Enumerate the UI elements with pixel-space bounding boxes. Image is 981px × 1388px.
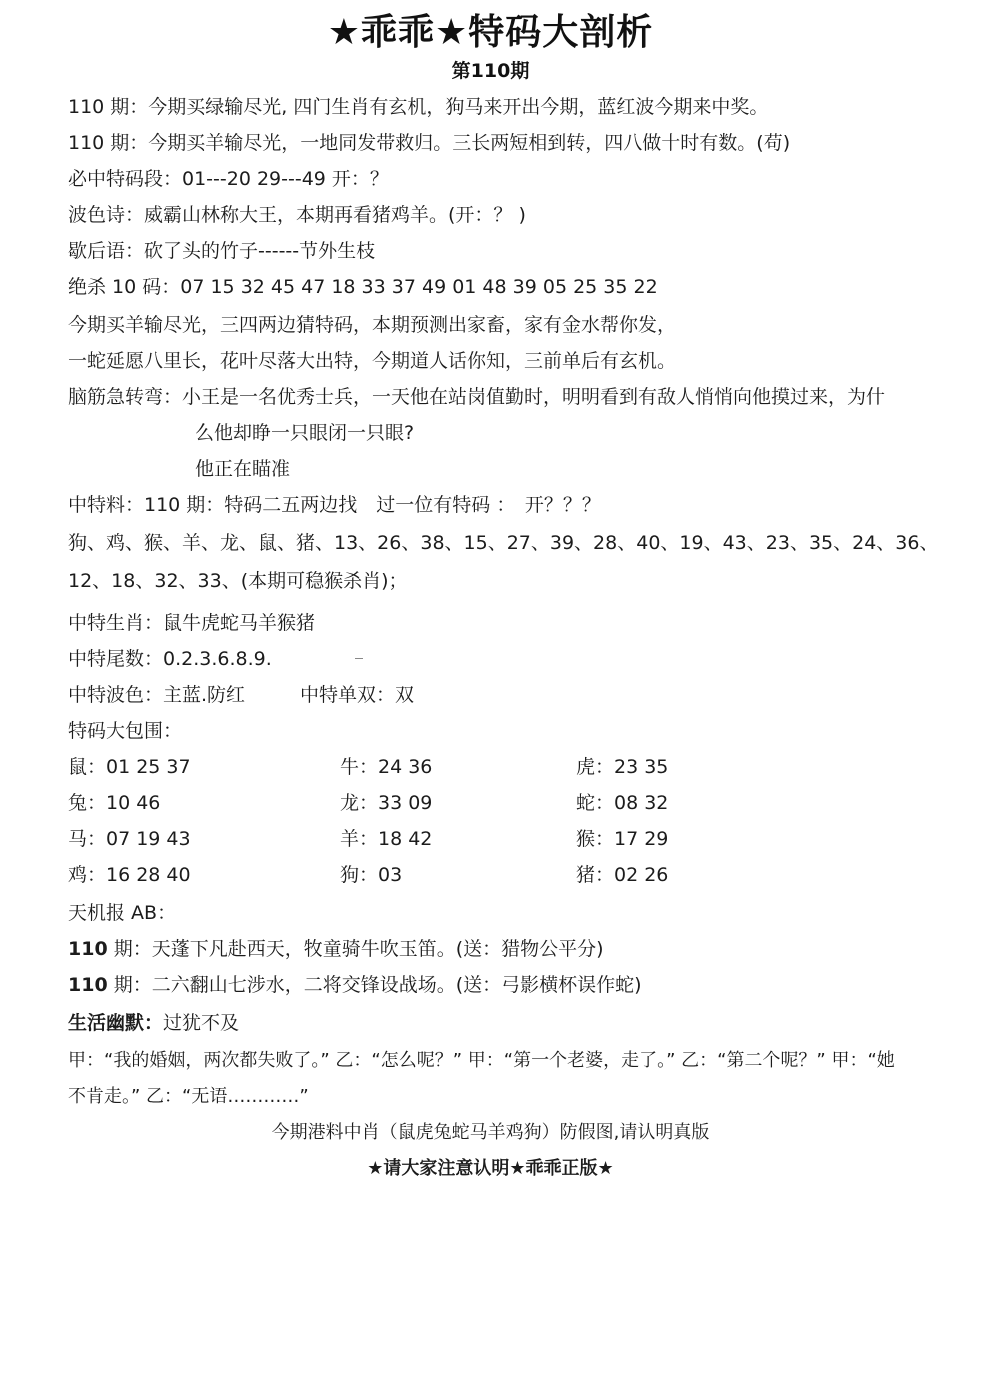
special-material: 中特料：110 期：特码二五两边找 过一位有特码 ： 开？？？ [68,490,601,517]
tianji-a-text: 期：天蓬下凡赴西天，牧童骑牛吹玉笛。(送：猎物公平分) [108,938,604,960]
scan-artifact [355,658,363,659]
wave-color-poem: 波色诗：威霸山林称大王，本期再看猪鸡羊。(开：？ ) [68,200,526,227]
tianji-b-text: 期：二六翻山七涉水，二将交锋设战场。(送：弓影横杯误作蛇) [108,974,642,996]
tianji-b-issue: 110 [68,974,108,996]
humor-title: 过犹不及 [163,1012,239,1034]
riddle-question: 脑筋急转弯：小王是一名优秀士兵，一天他在站岗值勤时，明明看到有敌人悄悄向他摸过来… [68,382,885,409]
kill-10-numbers: 绝杀 10 码：07 15 32 45 47 18 33 37 49 01 48… [68,272,658,299]
special-list-1: 狗、鸡、猴、羊、龙、鼠、猪、13、26、38、15、27、39、28、40、19… [68,528,938,555]
tianji-line-b: 110 期：二六翻山七涉水，二将交锋设战场。(送：弓影横杯误作蛇) [68,970,642,997]
special-wave-color: 中特波色：主蓝.防红 [68,680,245,707]
prediction-line-2: 110 期：今期买羊输尽光，一地同发带救归。三长两短相到转，四八做十时有数。(苟… [68,128,790,155]
xiehouyu: 歇后语：砍了头的竹子------节外生枝 [68,236,375,263]
special-zodiac: 中特生肖：鼠牛虎蛇马羊猴猪 [68,608,315,635]
footer-notice: 今期港料中肖（鼠虎兔蛇马羊鸡狗）防假图,请认明真版 [0,1118,981,1144]
tianji-a-issue: 110 [68,938,108,960]
special-tail-numbers: 中特尾数：0.2.3.6.8.9. [68,644,272,671]
footer-authentic: ★请大家注意认明★乖乖正版★ [0,1154,981,1180]
zodiac-snake: 蛇：08 32 [576,788,668,815]
zodiac-horse: 马：07 19 43 [68,824,191,851]
special-list-2: 12、18、32、33、(本期可稳猴杀肖)； [68,566,408,593]
humor-title-line: 生活幽默：过犹不及 [68,1008,239,1035]
zodiac-rat: 鼠：01 25 37 [68,752,191,779]
zodiac-rooster: 鸡：16 28 40 [68,860,191,887]
humor-heading: 生活幽默： [68,1012,163,1034]
special-number-range: 必中特码段：01---20 29---49 开：？ [68,164,389,191]
zodiac-monkey: 猴：17 29 [576,824,668,851]
zodiac-dog: 狗：03 [340,860,402,887]
humor-text-1: 甲：“我的婚姻，两次都失败了。” 乙：“怎么呢？” 甲：“第一个老婆，走了。” … [68,1046,895,1072]
special-odd-even: 中特单双：双 [300,680,414,707]
zodiac-ox: 牛：24 36 [340,752,432,779]
zodiac-tiger: 虎：23 35 [576,752,668,779]
poem-line-1: 今期买羊输尽光，三四两边猜特码，本期预测出家畜，家有金水帮你发， [68,310,676,337]
humor-text-2: 不肯走。” 乙：“无语…………” [68,1082,309,1108]
special-big-surround-heading: 特码大包围： [68,716,182,743]
zodiac-rabbit: 兔：10 46 [68,788,160,815]
tianji-heading: 天机报 AB： [68,898,176,925]
zodiac-dragon: 龙：33 09 [340,788,432,815]
zodiac-pig: 猪：02 26 [576,860,668,887]
tianji-line-a: 110 期：天蓬下凡赴西天，牧童骑牛吹玉笛。(送：猎物公平分) [68,934,604,961]
prediction-line-1: 110 期：今期买绿输尽光, 四门生肖有玄机，狗马来开出今期，蓝红波今期来中奖。 [68,92,768,119]
riddle-question-cont: 么他却睁一只眼闭一只眼? [195,418,414,445]
zodiac-goat: 羊：18 42 [340,824,432,851]
page-title: ★乖乖★特码大剖析 [0,4,981,55]
issue-number: 第110期 [0,56,981,83]
riddle-answer: 他正在瞄准 [195,454,290,481]
poem-line-2: 一蛇延愿八里长，花叶尽落大出特，今期道人话你知，三前单后有玄机。 [68,346,676,373]
